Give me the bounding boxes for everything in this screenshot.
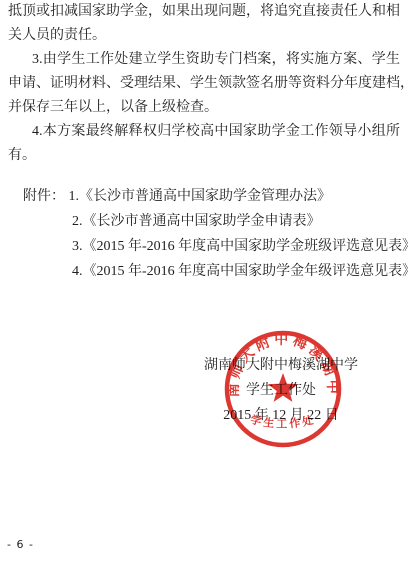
seal-bottom-text: 学生工作处 <box>249 412 317 430</box>
body-line: 关人员的责任。 <box>8 24 400 48</box>
body-text: 抵顶或扣减国家助学金，如果出现问题，将追究直接责任人和相 关人员的责任。 3.由… <box>8 0 400 168</box>
official-seal: 湖南师大附中梅溪湖中学 学生工作处 <box>222 328 344 450</box>
body-line: 申请、证明材料、受理结果、学生领款签名册等资料分年度建档， <box>8 72 400 96</box>
body-line: 4.本方案最终解释权归学校高中国家助学金工作领导小组所 <box>8 120 400 144</box>
attachment-item: 2.《长沙市普通高中国家助学金申请表》 <box>23 209 400 234</box>
attachments-label: 附件： <box>23 189 65 204</box>
attachment-item: 3.《2015 年-2016 年度高中国家助学金班级评选意见表》 <box>23 234 400 259</box>
attachment-item-text: 1.《长沙市普通高中国家助学金管理办法》 <box>69 189 332 204</box>
page-number: - 6 - <box>7 538 34 551</box>
body-line: 并保存三年以上，以备上级检查。 <box>8 96 400 120</box>
attachments-list: 附件： 1.《长沙市普通高中国家助学金管理办法》 2.《长沙市普通高中国家助学金… <box>23 184 400 284</box>
svg-text:学生工作处: 学生工作处 <box>249 412 317 430</box>
attachment-item: 4.《2015 年-2016 年度高中国家助学金年级评选意见表》 <box>23 259 400 284</box>
body-line: 有。 <box>8 144 400 168</box>
star-icon <box>268 373 298 402</box>
body-line: 抵顶或扣减国家助学金，如果出现问题，将追究直接责任人和相 <box>8 0 400 24</box>
body-line: 3.由学生工作处建立学生资助专门档案，将实施方案、学生 <box>8 48 400 72</box>
document-page: 抵顶或扣减国家助学金，如果出现问题，将追究直接责任人和相 关人员的责任。 3.由… <box>0 0 408 566</box>
attachment-item: 附件： 1.《长沙市普通高中国家助学金管理办法》 <box>23 184 400 209</box>
